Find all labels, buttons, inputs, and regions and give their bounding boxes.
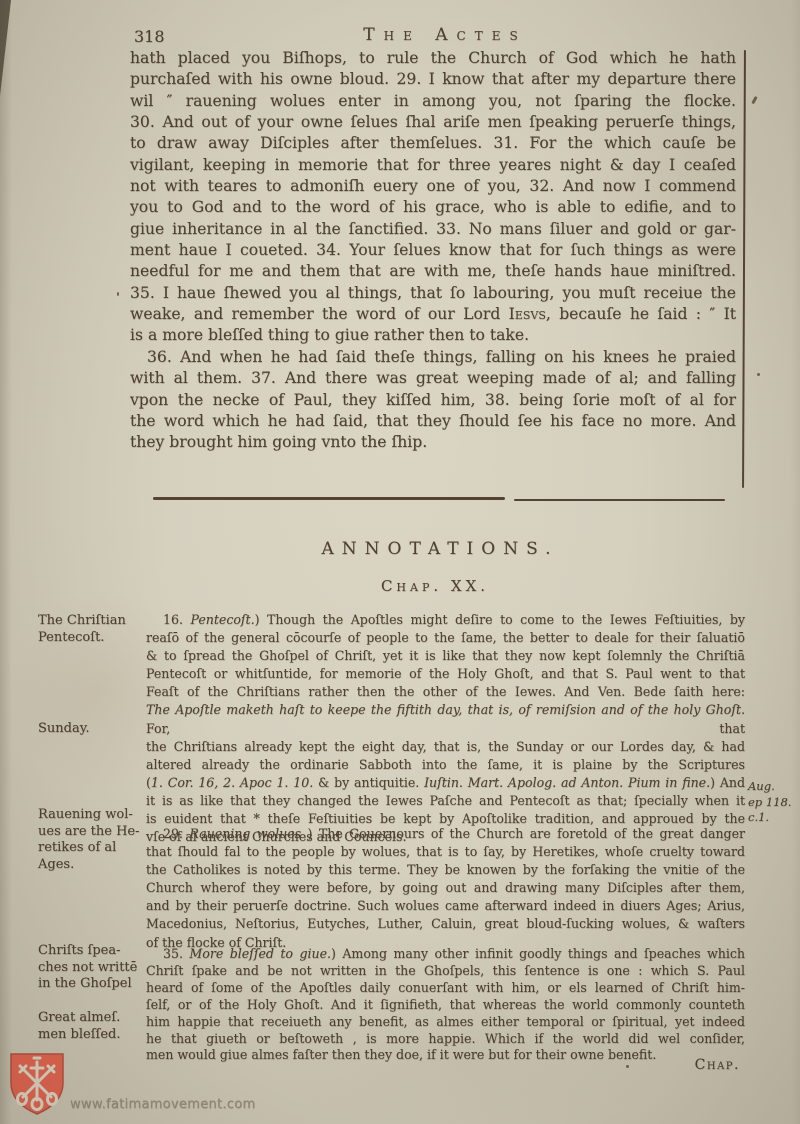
page-number: 318 bbox=[134, 27, 165, 46]
text-line: altered already the ordinarie Sabboth in… bbox=[146, 756, 745, 774]
note-line: Sunday. bbox=[38, 721, 146, 738]
text-line: vigilant, keeping in memorie that for th… bbox=[130, 155, 736, 176]
text-line: wil ″ rauening wolues enter in among you… bbox=[130, 91, 736, 112]
text-line: the Chriſtians already kept the eight da… bbox=[146, 738, 745, 756]
text-line: that ſhould fal to the people by wolues,… bbox=[146, 843, 745, 861]
text-line: & to ſpread the Ghoſpel of Chriſt, yet i… bbox=[146, 647, 745, 665]
margin-note-4: Chriſts ſpea-ches not writtēin the Ghoſp… bbox=[38, 943, 146, 993]
text-line: 16. Pentecoſt.) Though the Apoſtles migh… bbox=[146, 611, 745, 629]
margin-note-right: Aug.ep 118.c.1. bbox=[748, 779, 798, 826]
margin-note-5: Great almeſ.men bleſſed. bbox=[38, 1010, 146, 1043]
text-line: the Catholikes is noted by this terme. T… bbox=[146, 861, 745, 879]
ink-speck bbox=[626, 1065, 629, 1068]
text-line: The Apoſtle maketh haſt to keepe the fif… bbox=[146, 701, 745, 737]
note-line: Great almeſ. bbox=[38, 1010, 146, 1027]
text-line: him happie that receiueth any benefit, a… bbox=[146, 1014, 745, 1031]
text-line: Church wherof they were before, by going… bbox=[146, 879, 745, 897]
note-line: Rauening wol- bbox=[38, 807, 146, 824]
margin-note-1: The ChriſtianPentecoſt. bbox=[38, 613, 146, 646]
margin-note-2: Sunday. bbox=[38, 721, 146, 738]
text-line: they brought him going vnto the ſhip. bbox=[130, 432, 736, 453]
text-line: ment haue I coueted. 34. Your ſelues kno… bbox=[130, 240, 736, 261]
text-line: giue inheritance in al the ſanctified. 3… bbox=[130, 219, 736, 240]
text-line: vpon the necke of Paul, they kiſſed him,… bbox=[130, 390, 736, 411]
text-line: 36. And when he had ſaid theſe things, f… bbox=[130, 347, 736, 368]
text-line: 30. And out of your owne ſelues ſhal ari… bbox=[130, 112, 736, 133]
text-line: the word which he had ſaid, that they ſh… bbox=[130, 411, 736, 432]
text-line: purchaſed with his owne bloud. 29. I kno… bbox=[130, 69, 736, 90]
note-line: retikes of al bbox=[38, 840, 146, 857]
ink-speck bbox=[117, 292, 119, 296]
note-line: ches not writtē bbox=[38, 960, 146, 977]
note-line: c.1. bbox=[748, 810, 798, 826]
text-line: weake, and remember the word of our Lord… bbox=[130, 304, 736, 325]
text-line: you to God and to the word of his grace,… bbox=[130, 197, 736, 218]
scripture-text: hath placed you Biſhops, to rule the Chu… bbox=[130, 48, 736, 454]
margin-note-3: Rauening wol-ues are the He-retikes of a… bbox=[38, 807, 146, 873]
chapter-heading: Chap. XX. bbox=[200, 577, 670, 595]
text-line: Macedonius, Neſtorius, Eutyches, Luther,… bbox=[146, 915, 745, 933]
text-line: ſelf, or of the Holy Ghoſt. And it ſigni… bbox=[146, 997, 745, 1014]
text-line: with al them. 37. And there was great we… bbox=[130, 368, 736, 389]
note-line: Chriſts ſpea- bbox=[38, 943, 146, 960]
text-line: 35. More bleſſed to giue.) Among many ot… bbox=[146, 946, 745, 963]
text-line: to draw away Diſciples after themſelues.… bbox=[130, 133, 736, 154]
scan-edge-shadow bbox=[0, 0, 11, 96]
text-line: reaſō of the general cōcourſe of people … bbox=[146, 629, 745, 647]
scanned-page: 318 The Actes hath placed you Biſhops, t… bbox=[0, 0, 800, 1124]
text-line: heard of ſome of the Apoſtles daily conu… bbox=[146, 980, 745, 997]
ink-speck bbox=[757, 373, 760, 376]
text-line: needful for me and them that are with me… bbox=[130, 261, 736, 282]
annotation-entry-2: 29. Rauening wolues ) The Gouernours of … bbox=[146, 825, 745, 952]
note-line: Pentecoſt. bbox=[38, 630, 146, 647]
crossed-keys-crest-icon bbox=[9, 1051, 65, 1117]
text-line: Chriſt ſpake and be not written in the G… bbox=[146, 963, 745, 980]
text-line: 29. Rauening wolues ) The Gouernours of … bbox=[146, 825, 745, 843]
note-line: ep 118. bbox=[748, 795, 798, 811]
note-line: The Chriſtian bbox=[38, 613, 146, 630]
note-line: Aug. bbox=[748, 779, 798, 795]
note-line: in the Ghoſpel bbox=[38, 976, 146, 993]
note-line: Ages. bbox=[38, 857, 146, 874]
text-line: is a more bleſſed thing to giue rather t… bbox=[130, 325, 736, 346]
text-line: it is as like that they changed the Iewe… bbox=[146, 792, 745, 810]
column-rule bbox=[742, 50, 746, 488]
annotation-entry-3: 35. More bleſſed to giue.) Among many ot… bbox=[146, 946, 745, 1064]
text-line: he that giueth or beſtoweth , is more ha… bbox=[146, 1031, 745, 1048]
section-divider-right bbox=[514, 499, 725, 501]
ink-speck bbox=[751, 96, 757, 104]
text-line: 35. I haue ſhewed you al things, that ſo… bbox=[130, 283, 736, 304]
text-line: and by their peruerſe doctrine. Such wol… bbox=[146, 897, 745, 915]
watermark-url: www.fatimamovement.com bbox=[70, 1097, 256, 1112]
note-line: ues are the He- bbox=[38, 824, 146, 841]
text-line: not with teares to admoniſh euery one of… bbox=[130, 176, 736, 197]
section-divider-left bbox=[153, 497, 505, 500]
running-title: The Actes bbox=[240, 25, 650, 45]
catchword: Chap. bbox=[560, 1057, 740, 1073]
annotations-heading: ANNOTATIONS. bbox=[200, 539, 680, 559]
text-line: (1. Cor. 16, 2. Apoc 1. 10. & by antiqui… bbox=[146, 774, 745, 792]
note-line: men bleſſed. bbox=[38, 1027, 146, 1044]
text-line: hath placed you Biſhops, to rule the Chu… bbox=[130, 48, 736, 69]
text-line: Pentecoſt or whitſuntide, for memorie of… bbox=[146, 665, 745, 683]
text-line: Feaſt of the Chriſtians rather then the … bbox=[146, 683, 745, 701]
annotation-entry-1: 16. Pentecoſt.) Though the Apoſtles migh… bbox=[146, 611, 745, 846]
